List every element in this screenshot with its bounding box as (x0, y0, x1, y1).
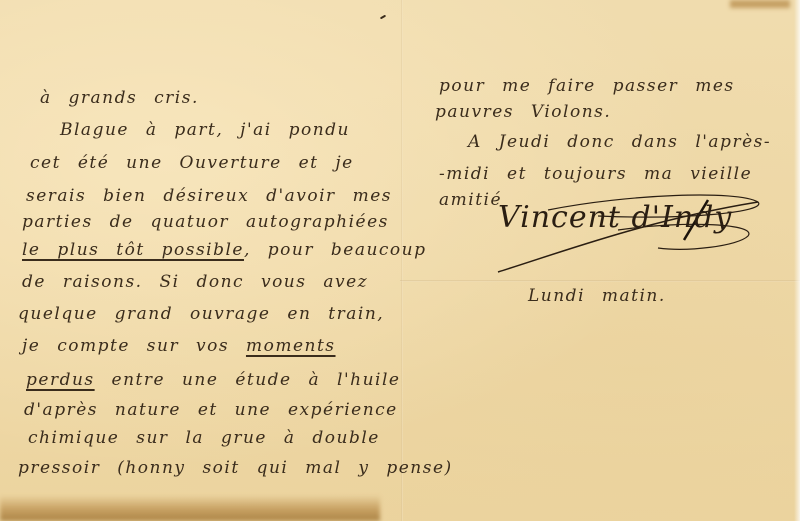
letter-line: cet été une Ouverture et je (30, 153, 354, 173)
line-rest: entre une étude à l'huile (95, 370, 401, 390)
letter-line: à grands cris. (40, 88, 199, 108)
letter-line: serais bien désireux d'avoir mes (26, 186, 392, 206)
letter-line: pressoir (honny soit qui mal y pense) (18, 458, 453, 478)
letter-line: parties de quatuor autographiées (22, 212, 389, 232)
letter-line: pour me faire passer mes (439, 76, 735, 96)
letter-line: perdus entre une étude à l'huile (26, 370, 401, 390)
line-rest: , pour beaucoup (244, 240, 427, 260)
letter-line: Blague à part, j'ai pondu (60, 120, 350, 140)
underlined-text: le plus tôt possible (22, 240, 244, 260)
letter-line: le plus tôt possible, pour beaucoup (22, 240, 427, 260)
letter-line: chimique sur la grue à double (28, 428, 380, 448)
dateline: Lundi matin. (528, 286, 666, 306)
signature: Vincent d'Indy (498, 200, 732, 235)
letter-line: de raisons. Si donc vous avez (22, 272, 368, 292)
underlined-text: perdus (26, 370, 95, 390)
right-page: pour me faire passer mes pauvres Violons… (403, 0, 800, 521)
letter-line: d'après nature et une expérience (24, 400, 398, 420)
left-page: à grands cris. Blague à part, j'ai pondu… (0, 0, 400, 521)
letter-line: quelque grand ouvrage en train, (18, 304, 384, 324)
letter-line: -midi et toujours ma vieille (439, 164, 752, 184)
underlined-text: moments (246, 336, 336, 356)
letter-line: je compte sur vos moments (22, 336, 336, 356)
letter-sheet: à grands cris. Blague à part, j'ai pondu… (0, 0, 800, 521)
letter-line: pauvres Violons. (435, 102, 611, 122)
line-start: je compte sur vos (22, 336, 246, 356)
letter-line: A Jeudi donc dans l'après- (468, 132, 771, 152)
